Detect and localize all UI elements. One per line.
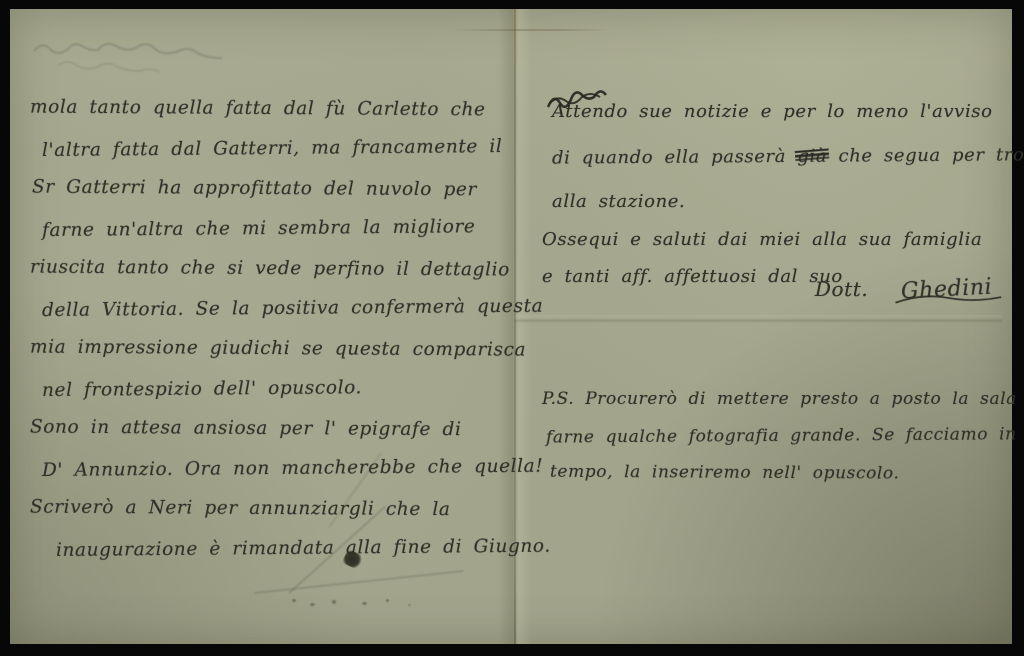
handwritten-line: D' Annunzio. Ora non mancherebbe che que…: [42, 447, 508, 491]
smudge: [254, 570, 463, 594]
handwritten-line: Ossequi e saluti dai miei alla sua famig…: [542, 221, 994, 258]
handwritten-line: di quando ella passerà già che segua per…: [552, 132, 1004, 180]
overwrite-scribble: [544, 89, 614, 115]
handwritten-line: Attendo sue notizie e per lo meno l'avvi…: [552, 89, 1004, 134]
handwritten-line: farne un'altra che mi sembra la migliore: [42, 207, 508, 251]
handwritten-line: Scriverò a Neri per annunziargli che la: [30, 488, 508, 531]
handwritten-line: P.S. Procurerò di mettere presto a posto…: [542, 381, 1012, 418]
crossed-out-word: già: [797, 134, 827, 179]
handwritten-line: farne qualche fotografia grande. Se facc…: [546, 416, 1012, 456]
handwritten-line: Sono in attesa ansiosa per l' epigrafe d…: [30, 408, 508, 451]
right-page-horizontal-crease: [515, 315, 1002, 323]
left-page-text: mola tanto quella fatta dal fù Carletto …: [30, 89, 508, 569]
ink-speck: [362, 602, 367, 605]
ink-speck: [408, 604, 411, 606]
handwritten-line: inaugurazione è rimandata alla fine di G…: [56, 527, 508, 571]
top-crease: [450, 29, 610, 31]
handwritten-line: nel frontespizio dell' opuscolo.: [42, 367, 508, 411]
handwritten-line: mia impressione giudichi se questa compa…: [30, 328, 508, 371]
handwritten-line: alla stazione.: [552, 179, 1004, 224]
right-page-text-upper: Attendo sue notizie e per lo meno l'avvi…: [552, 89, 1004, 224]
handwritten-line: riuscita tanto che si vede perfino il de…: [30, 248, 508, 291]
handwritten-line: Sr Gatterri ha approfittato del nuvolo p…: [32, 168, 508, 211]
signature: Ghedini: [900, 275, 992, 305]
postscript-text: P.S. Procurerò di mettere presto a posto…: [542, 381, 1012, 492]
bleed-through-marks: [28, 23, 278, 78]
ink-speck: [310, 603, 315, 606]
line-fragment: di quando ella passerà: [552, 146, 786, 169]
signature-title: Dott.: [815, 277, 869, 301]
handwritten-line: tempo, la inseriremo nell' opuscolo.: [550, 454, 1012, 493]
handwritten-line: della Vittoria. Se la positiva confermer…: [42, 287, 508, 331]
handwritten-line: mola tanto quella fatta dal fù Carletto …: [30, 88, 508, 131]
ink-speck: [386, 599, 389, 602]
scanned-letter: mola tanto quella fatta dal fù Carletto …: [0, 0, 1024, 656]
ink-speck: [292, 599, 296, 602]
ink-speck: [332, 600, 336, 604]
signature-row: Dott. Ghedini: [552, 277, 992, 302]
handwritten-line: l'altra fatta dal Gatterri, ma francamen…: [42, 127, 508, 171]
line-fragment: che segua per trovarci: [838, 144, 1024, 167]
letter-sheet: mola tanto quella fatta dal fù Carletto …: [10, 9, 1012, 644]
